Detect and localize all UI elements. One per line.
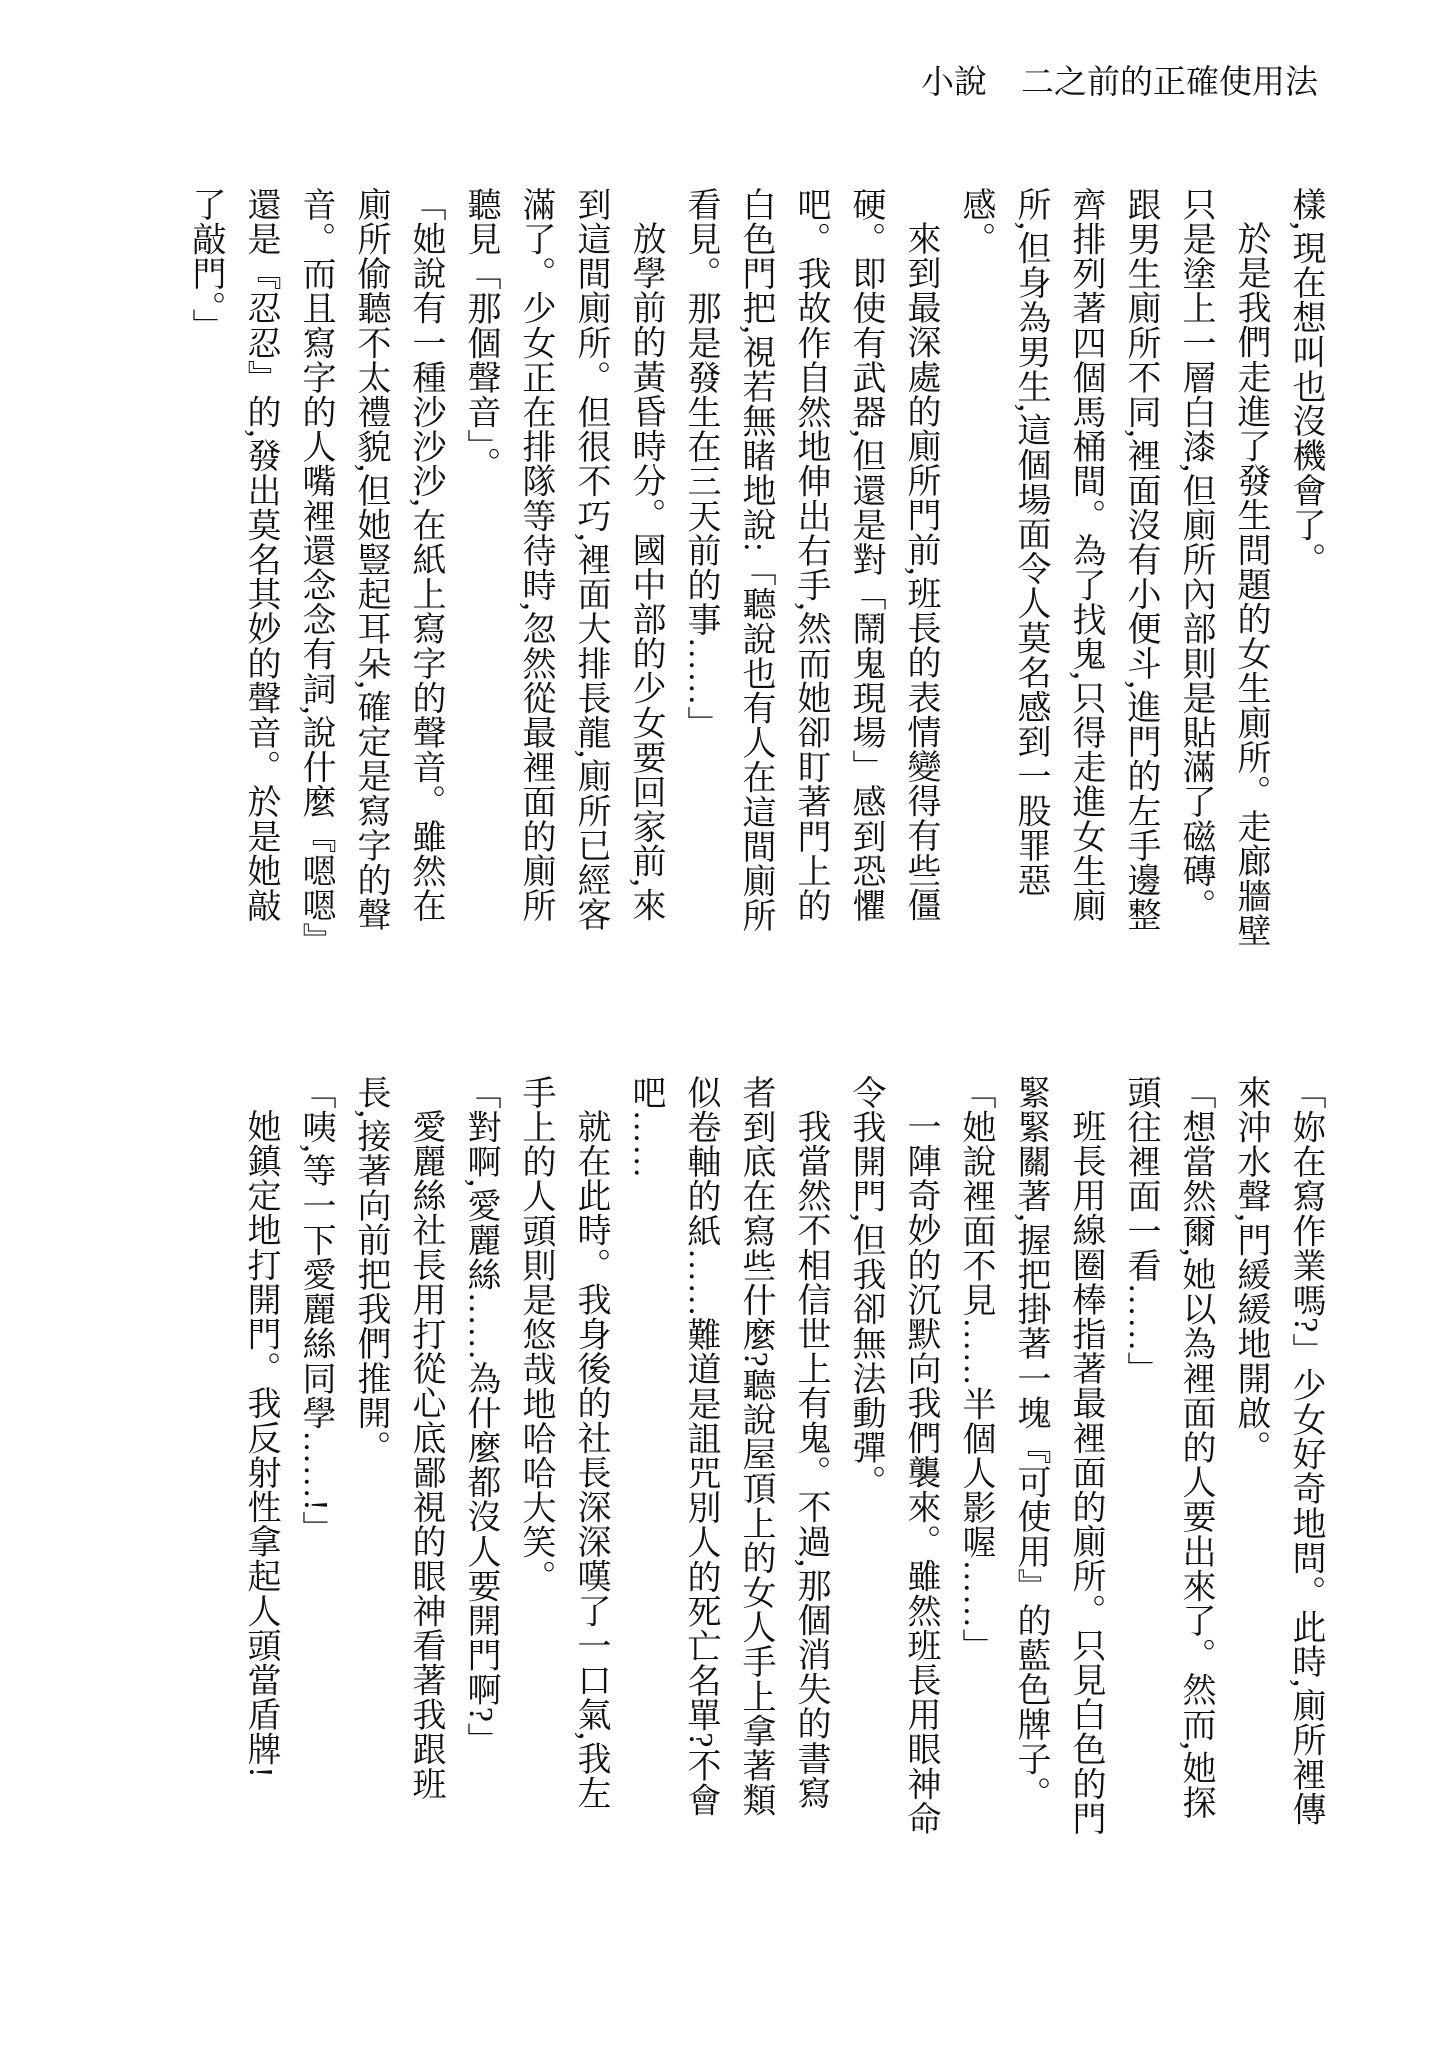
paragraph: 我當然不相信世上有鬼。不過,那個消失的書寫者到底在寫些什麼?聽說屋頂上的女人手上… — [618, 1075, 838, 1839]
paragraph: 一陣奇妙的沉默向我們襲來。雖然班長用眼神命令我開門,但我卻無法動彈。 — [838, 1075, 948, 1839]
paragraph: 放學前的黃昏時分。國中部的少女要回家前,來到這間廁所。但很不巧,裡面大排長龍,廁… — [453, 187, 673, 951]
paragraph: 樣,現在想叫也沒機會了。 — [1278, 187, 1333, 951]
paragraph: 班長用線圈棒指著最裡面的廁所。只見白色的門緊緊關著,握把掛著一塊『可使用』的藍色… — [1003, 1075, 1113, 1839]
paragraph: 「她說裡面不見……半個人影喔……」 — [948, 1075, 1003, 1839]
paragraph: 「咦,等一下愛麗絲同學……!」 — [288, 1075, 343, 1839]
novel-page: 小說 二之前的正確使用法 樣,現在想叫也沒機會了。 於是我們走進了發生問題的女生… — [0, 0, 1440, 2048]
paragraph: 於是我們走進了發生問題的女生廁所。走廊牆壁只是塗上一層白漆,但廁所內部則是貼滿了… — [948, 187, 1278, 951]
paragraph: 就在此時。我身後的社長深深嘆了一口氣,我左手上的人頭則是悠哉地哈哈大笑。 — [508, 1075, 618, 1839]
paragraph: 愛麗絲社長用打從心底鄙視的眼神看著我跟班長,接著向前把我們推開。 — [343, 1075, 453, 1839]
text-block-bottom: 「妳在寫作業嗎?」少女好奇地問。此時,廁所裡傳來沖水聲,門緩緩地開啟。 「想當然… — [233, 1075, 1333, 1839]
paragraph: 來到最深處的廁所門前,班長的表情變得有些僵硬。即使有武器,但還是對「鬧鬼現場」感… — [673, 187, 948, 951]
paragraph: 「對啊,愛麗絲……為什麼都沒人要開門啊?」 — [453, 1075, 508, 1839]
paragraph: 「她說有一種沙沙沙,在紙上寫字的聲音。雖然在廁所偷聽不太禮貌,但她豎起耳朵,確定… — [178, 187, 453, 951]
text-block-top: 樣,現在想叫也沒機會了。 於是我們走進了發生問題的女生廁所。走廊牆壁只是塗上一層… — [178, 187, 1333, 951]
running-header: 小說 二之前的正確使用法 — [921, 56, 1318, 103]
header-genre-label: 小說 — [921, 56, 987, 103]
header-chapter-title: 二之前的正確使用法 — [1021, 56, 1318, 103]
paragraph: 「妳在寫作業嗎?」少女好奇地問。此時,廁所裡傳來沖水聲,門緩緩地開啟。 — [1223, 1075, 1333, 1839]
paragraph: 她鎮定地打開門。我反射性拿起人頭當盾牌! — [233, 1075, 288, 1839]
paragraph: 「想當然爾,她以為裡面的人要出來了。然而,她探頭往裡面一看……」 — [1113, 1075, 1223, 1839]
